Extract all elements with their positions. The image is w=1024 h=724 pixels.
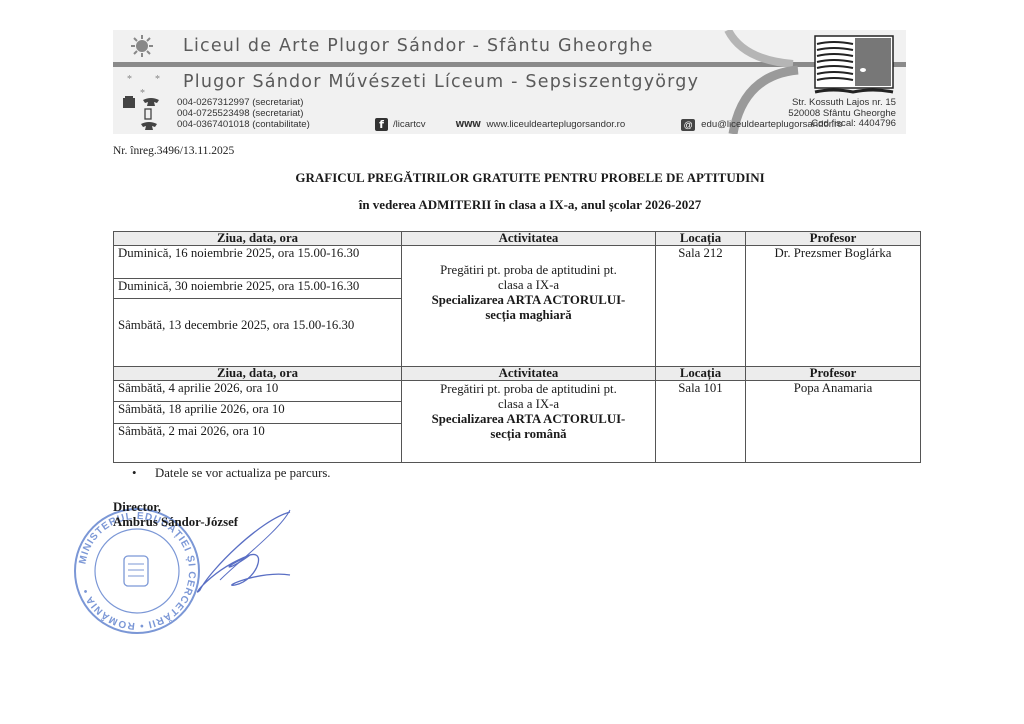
sun-icon (131, 35, 153, 57)
specialization: Specializarea ARTA ACTORULUI- (406, 293, 651, 308)
phone-accounting: 004-0367401018 (contabilitate) (177, 119, 310, 130)
handwritten-signature (140, 500, 300, 600)
www-icon: WWW (456, 120, 481, 129)
facebook-icon: f (375, 118, 388, 131)
update-note: Datele se vor actualiza pe parcurs. (133, 466, 331, 481)
social-links: f /licartcv WWW www.liceuldearteplugorsa… (375, 118, 843, 131)
schedule-table: Ziua, data, ora Activitatea Locația Prof… (113, 231, 921, 463)
svg-text:*: * (140, 88, 145, 96)
contact-phones: 004-0267312997 (secretariat) 004-0725523… (177, 97, 310, 130)
header-teacher: Profesor (746, 232, 921, 246)
session-date: Duminică, 30 noiembrie 2025, ora 15.00-1… (114, 279, 402, 299)
document-subtitle-text: în vederea ADMITERII în clasa a IX-a, an… (359, 197, 702, 212)
school-name-hu: Plugor Sándor Művészeti Líceum - Sepsisz… (183, 72, 699, 92)
document-subtitle: în vederea ADMITERII în clasa a IX-a, an… (0, 197, 1024, 213)
teacher-cell: Dr. Prezsmer Boglárka (746, 246, 921, 367)
facebook-handle[interactable]: /licartcv (393, 119, 426, 130)
specialization: Specializarea ARTA ACTORULUI- (406, 412, 651, 427)
book-logo-icon (813, 34, 895, 96)
table-row: Duminică, 16 noiembrie 2025, ora 15.00-1… (114, 246, 921, 279)
activity-line: clasa a IX-a (406, 397, 651, 412)
activity-line: Pregătiri pt. proba de aptitudini pt. (406, 263, 651, 278)
school-address: Str. Kossuth Lajos nr. 15 520008 Sfântu … (788, 98, 896, 130)
header-location: Locația (656, 232, 746, 246)
registration-number: Nr. înreg.3496/13.11.2025 (113, 145, 234, 157)
section: secția română (406, 427, 651, 442)
header-location: Locația (656, 367, 746, 381)
landline-icon (141, 122, 157, 130)
header-date: Ziua, data, ora (114, 367, 402, 381)
document-title-text: GRAFICUL PREGĂTIRILOR GRATUITE PENTRU PR… (295, 170, 764, 185)
location-cell: Sala 101 (656, 381, 746, 463)
address-street: Str. Kossuth Lajos nr. 15 (788, 98, 896, 109)
header-activity: Activitatea (402, 367, 656, 381)
svg-text:*: * (127, 74, 132, 85)
activity-cell: Pregătiri pt. proba de aptitudini pt. cl… (402, 246, 656, 367)
section: secția maghiară (406, 308, 651, 323)
contact-phone-icons (121, 96, 171, 132)
mobile-phone-icon (145, 109, 151, 119)
phone-icon (143, 98, 159, 106)
moon-stars-icon: * * * (125, 70, 165, 96)
header-activity: Activitatea (402, 232, 656, 246)
session-date: Duminică, 16 noiembrie 2025, ora 15.00-1… (114, 246, 402, 279)
header-teacher: Profesor (746, 367, 921, 381)
session-date: Sâmbătă, 18 aprilie 2026, ora 10 (114, 402, 402, 424)
school-name-ro: Liceul de Arte Plugor Sándor - Sfântu Gh… (183, 36, 654, 56)
website-link[interactable]: www.liceuldearteplugorsandor.ro (487, 119, 626, 130)
document-title: GRAFICUL PREGĂTIRILOR GRATUITE PENTRU PR… (0, 170, 1024, 186)
fiscal-code: Cod fiscal: 4404796 (788, 119, 896, 130)
letterhead: Liceul de Arte Plugor Sándor - Sfântu Gh… (113, 30, 906, 134)
table-row: Sâmbătă, 4 aprilie 2026, ora 10 Pregătir… (114, 381, 921, 402)
activity-cell: Pregătiri pt. proba de aptitudini pt. cl… (402, 381, 656, 463)
session-date-text: Sâmbătă, 13 decembrie 2025, ora 15.00-16… (118, 318, 354, 332)
table-header-row: Ziua, data, ora Activitatea Locația Prof… (114, 232, 921, 246)
update-note-text: Datele se vor actualiza pe parcurs. (155, 466, 331, 480)
session-date: Sâmbătă, 2 mai 2026, ora 10 (114, 424, 402, 463)
svg-text:*: * (155, 74, 160, 85)
teacher-cell: Popa Anamaria (746, 381, 921, 463)
phone-secretariat-1: 004-0267312997 (secretariat) (177, 97, 310, 108)
phone-secretariat-2: 004-0725523498 (secretariat) (177, 108, 310, 119)
session-date: Sâmbătă, 4 aprilie 2026, ora 10 (114, 381, 402, 402)
session-date: Sâmbătă, 13 decembrie 2025, ora 15.00-16… (114, 299, 402, 367)
fax-icon (123, 96, 135, 108)
table-header-row: Ziua, data, ora Activitatea Locația Prof… (114, 367, 921, 381)
header-date: Ziua, data, ora (114, 232, 402, 246)
email-icon: @ (681, 119, 695, 131)
activity-line: Pregătiri pt. proba de aptitudini pt. (406, 382, 651, 397)
activity-line: clasa a IX-a (406, 278, 651, 293)
location-cell: Sala 212 (656, 246, 746, 367)
